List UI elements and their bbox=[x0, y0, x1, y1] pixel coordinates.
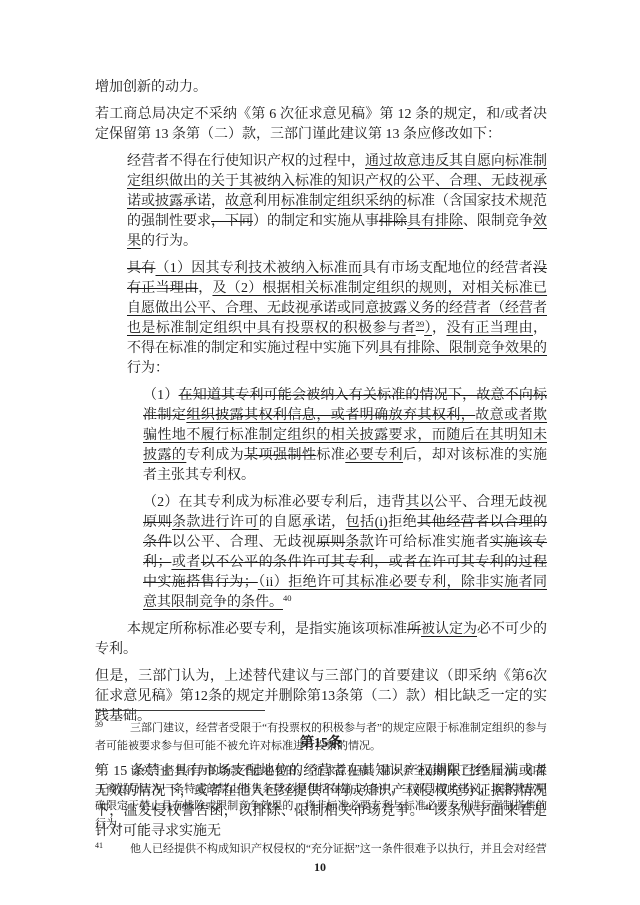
text-run: ） bbox=[424, 321, 432, 336]
text-run: 拒绝 bbox=[388, 515, 417, 530]
footnote-marker: 39 bbox=[95, 720, 103, 729]
text-run: ， bbox=[198, 281, 212, 296]
text-run: 组织披露其权利信息，或者明确放弃其权利， bbox=[186, 408, 475, 423]
quote-article13-conditions: 具有（1）因其专利技术被纳入标准而具有市场支配地位的经营者没有正当理由，及（2）… bbox=[127, 259, 547, 379]
text-run: 原则 bbox=[316, 535, 345, 550]
text-run: （1） bbox=[143, 388, 179, 403]
text-run: 的行为。 bbox=[141, 234, 197, 249]
text-run: 所 bbox=[407, 622, 421, 637]
text-run: 其以 bbox=[405, 495, 433, 510]
text-run: 原则 bbox=[143, 515, 172, 530]
footnote-marker: 40 bbox=[95, 763, 103, 772]
para-sep-definition: 本规定所称标准必要专利，是指实施该项标准所被认定为必不可少的专利。 bbox=[95, 620, 547, 660]
para-innovation-tail: 增加创新的动力。 bbox=[95, 78, 547, 98]
footnote-40: 40该关于搭售行为的条款不是必要的。《征求意见稿》第 9 条全面阐释了搭售行为。… bbox=[95, 763, 547, 833]
text-run: 39 bbox=[416, 319, 425, 329]
footnote-marker: 41 bbox=[95, 841, 103, 850]
text-run: 本规定所称标准必要专利，是指实施该项标准 bbox=[127, 622, 407, 637]
text-run: 标准制定组织采纳的 bbox=[281, 194, 407, 209]
footnote-list: 39三部门建议，经营者受限于“有投票权的积极参与者”的规定应限于标准制定组织的参… bbox=[95, 720, 547, 859]
para-recommendation-intro: 若工商总局决定不采纳《第 6 次征求意见稿》第 12 条的规定，和/或者决定保留… bbox=[95, 105, 547, 145]
text-run: ， bbox=[432, 321, 446, 336]
text-run: 条款进行许可 bbox=[172, 515, 259, 530]
text-run: 40 bbox=[283, 593, 292, 603]
text-run: 承诺 bbox=[302, 515, 331, 530]
text-run: ）的制定和实施从事 bbox=[253, 214, 379, 229]
text-run: 没有正当理由 bbox=[446, 321, 533, 336]
text-run: 利用 bbox=[253, 194, 281, 209]
footnote-area: 39三部门建议，经营者受限于“有投票权的积极参与者”的规定应限于标准制定组织的参… bbox=[95, 710, 547, 867]
footnote-41: 41他人已经提供不构成知识产权侵权的“充分证据”这一条件很难予以执行，并且会对经… bbox=[95, 841, 547, 859]
text-run: 具有排除、限制竞争效果的 bbox=[379, 341, 547, 356]
text-run: 故意 bbox=[225, 194, 253, 209]
text-run: ，下同 bbox=[211, 214, 253, 229]
document-page: 增加创新的动力。若工商总局决定不采纳《第 6 次征求意见稿》第 12 条的规定，… bbox=[0, 0, 640, 905]
text-run: 排除 bbox=[379, 214, 407, 229]
text-run: 若工商总局决定不采纳《第 6 次征求意见稿》第 12 条的规定，和/或者决定保留… bbox=[95, 107, 547, 142]
text-run: 标准 bbox=[316, 448, 345, 463]
text-run: 以公平、合理、无歧视 bbox=[172, 535, 316, 550]
text-run: 条款 bbox=[345, 535, 374, 550]
footnote-text: 他人已经提供不构成知识产权侵权的“充分证据”这一条件很难予以执行，并且会对经营 bbox=[130, 843, 547, 855]
footnote-39: 39三部门建议，经营者受限于“有投票权的积极参与者”的规定应限于标准制定组织的参… bbox=[95, 720, 547, 755]
footnote-separator bbox=[95, 710, 265, 711]
text-run: 某项强制性 bbox=[244, 448, 316, 463]
text-run: 具有市场支配地位的经营者 bbox=[362, 261, 533, 276]
quote-article13-general: 经营者不得在行使知识产权的过程中，通过故意违反其自愿向标准制定组织做出的关于其被… bbox=[127, 152, 547, 252]
text-run: 包括(i) bbox=[346, 515, 388, 530]
text-run: 行为： bbox=[127, 361, 169, 376]
text-run: ， bbox=[331, 515, 345, 530]
footnote-text: 三部门建议，经营者受限于“有投票权的积极参与者”的规定应限于标准制定组织的参与者… bbox=[95, 722, 547, 752]
text-run: 许可给标准实施者 bbox=[374, 535, 490, 550]
text-run: 必要专利 bbox=[345, 448, 403, 463]
quote-item-2: （2）在其专利成为标准必要专利后，违背其以公平、合理无歧视原则条款进行许可的自愿… bbox=[143, 493, 547, 613]
text-run: （1）因其专利技术被纳入标准而 bbox=[155, 261, 362, 276]
text-run: 经营者不得在行使知识产权的过程中， bbox=[127, 154, 365, 169]
text-run: 具有排除 bbox=[407, 214, 463, 229]
text-run: 、限制竞争 bbox=[463, 214, 533, 229]
footnote-text: 该关于搭售行为的条款不是必要的。《征求意见稿》第 9 条全面阐释了搭售行为。如果… bbox=[95, 765, 547, 830]
text-run: 专利成为 bbox=[186, 448, 244, 463]
text-run: ， bbox=[211, 194, 225, 209]
text-run: 具有 bbox=[127, 261, 155, 276]
text-run: 公平、合理无歧视 bbox=[434, 495, 547, 510]
text-run: 或者 bbox=[171, 555, 200, 570]
text-run: 的自愿 bbox=[259, 515, 302, 530]
text-run: 被认定为 bbox=[421, 622, 477, 637]
page-number: 10 bbox=[0, 860, 640, 875]
text-run: 增加创新的动力。 bbox=[95, 80, 207, 95]
text-run: （2）在其专利成为标准必要专利后，违背 bbox=[143, 495, 405, 510]
quote-item-1: （1）在知道其专利可能会被纳入有关标准的情况下，故意不向标准制定组织披露其权利信… bbox=[143, 386, 547, 486]
